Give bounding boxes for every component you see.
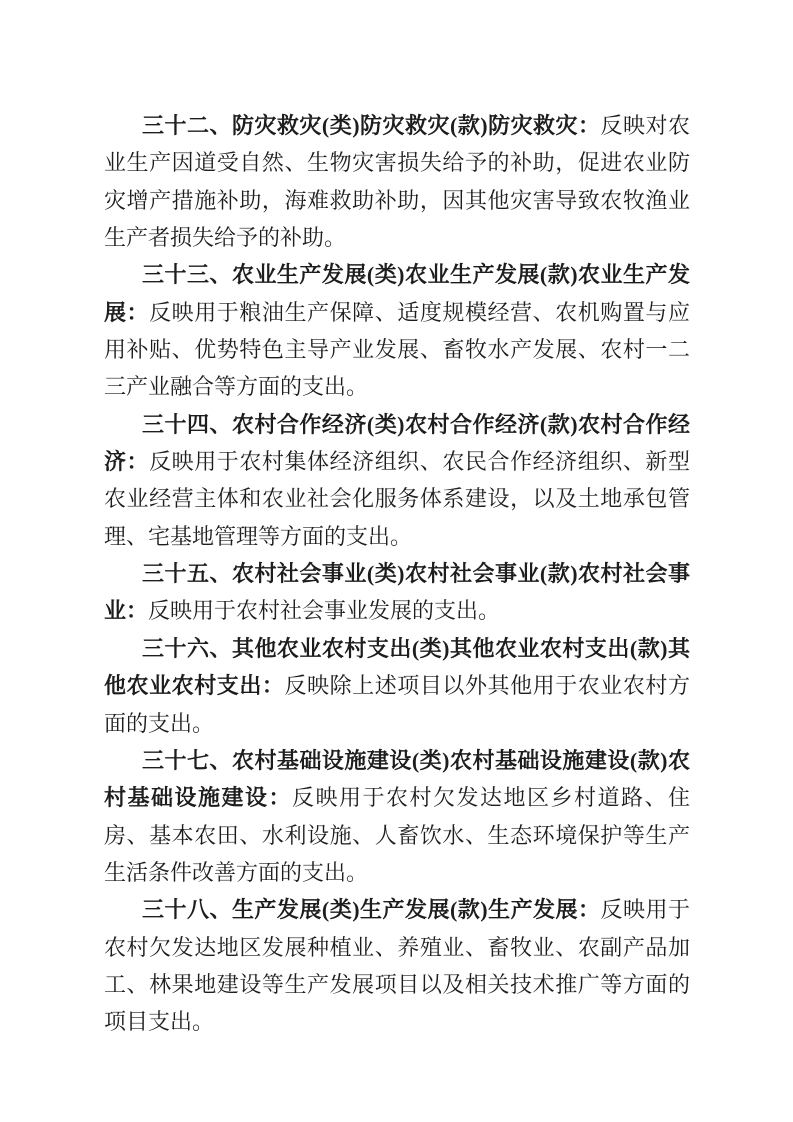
clause-paragraph-34: 三十四、农村合作经济(类)农村合作经济(款)农村合作经济：反映用于农村集体经济组…: [104, 406, 690, 555]
clause-paragraph-33: 三十三、农业生产发展(类)农业生产发展(款)农业生产发展：反映用于粮油生产保障、…: [104, 256, 690, 405]
clause-paragraph-37: 三十七、农村基础设施建设(类)农村基础设施建设(款)农村基础设施建设：反映用于农…: [104, 742, 690, 891]
clause-body-33: 反映用于粮油生产保障、适度规模经营、农机购置与应用补贴、优势特色主导产业发展、畜…: [104, 300, 690, 400]
clause-body-35: 反映用于农村社会事业发展的支出。: [148, 598, 500, 623]
clause-heading-38: 三十八、生产发展(类)生产发展(款)生产发展：: [142, 897, 601, 922]
clause-paragraph-38: 三十八、生产发展(类)生产发展(款)生产发展：反映用于农村欠发达地区发展种植业、…: [104, 891, 690, 1040]
document-text-block: 三十二、防灾救灾(类)防灾救灾(款)防灾救灾：反映对农业生产因道受自然、生物灾害…: [104, 107, 690, 1041]
document-page: 三十二、防灾救灾(类)防灾救灾(款)防灾救灾：反映对农业生产因道受自然、生物灾害…: [0, 0, 793, 1122]
clause-body-34: 反映用于农村集体经济组织、农民合作经济组织、新型农业经营主体和农业社会化服务体系…: [104, 449, 690, 549]
clause-heading-32: 三十二、防灾救灾(类)防灾救灾(款)防灾救灾：: [142, 113, 601, 138]
clause-paragraph-35: 三十五、农村社会事业(类)农村社会事业(款)农村社会事业：反映用于农村社会事业发…: [104, 555, 690, 630]
clause-paragraph-36: 三十六、其他农业农村支出(类)其他农业农村支出(款)其他农业农村支出：反映除上述…: [104, 630, 690, 742]
clause-paragraph-32: 三十二、防灾救灾(类)防灾救灾(款)防灾救灾：反映对农业生产因道受自然、生物灾害…: [104, 107, 690, 256]
